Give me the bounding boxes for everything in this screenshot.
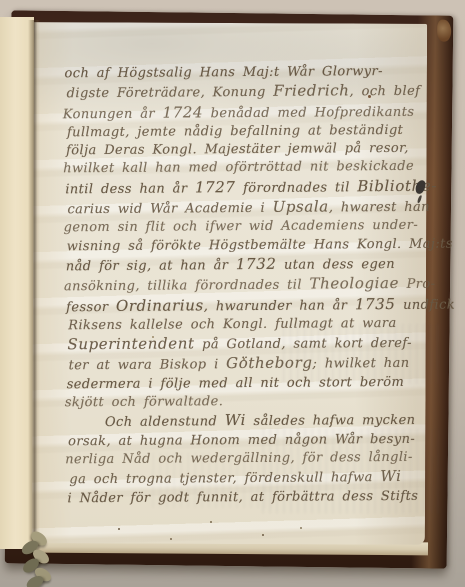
manuscript-line: skjött och förwaltade. <box>65 392 427 413</box>
foxing-speck <box>368 95 371 98</box>
gutter-shadow <box>28 20 40 546</box>
foxing-speck <box>152 336 154 338</box>
manuscript-line: ga och trogna tjenster, fördenskull hafw… <box>69 467 427 490</box>
foxing-speck <box>398 132 400 134</box>
foxing-speck <box>243 358 245 360</box>
manuscript-line: ansökning, tillika förordnades til Theol… <box>64 274 426 297</box>
manuscript-line: nåd för sig, at han år 1732 utan dess eg… <box>66 254 426 277</box>
manuscript-line: Konungen år 1724 benådad med Hofpredikan… <box>63 101 425 124</box>
cover-corner-wear <box>437 20 451 42</box>
manuscript-line: Och aldenstund Wi således hafwa mycken <box>67 410 427 433</box>
manuscript-line: ter at wara Biskop i Götheborg; hwilket … <box>68 353 426 376</box>
foxing-speck <box>300 527 302 529</box>
foxing-speck <box>170 538 172 540</box>
foxing-speck <box>330 422 332 424</box>
manuscript-line: wisning så förökte Högstbemälte Hans Kon… <box>67 235 426 256</box>
photo-of-manuscript: { "manuscript": { "lines": [ {"text": "o… <box>0 0 465 587</box>
manuscript-line: Superintendent på Gotland, samt kort der… <box>67 333 426 356</box>
manuscript-line: intil dess han år 1727 förordnades til B… <box>65 177 425 200</box>
manuscript-line: digste Företrädare, Konung Friedrich, oc… <box>67 81 425 104</box>
manuscript-line: hwilket kall han med oförtröttad nit bes… <box>63 158 425 179</box>
foxing-speck <box>262 534 264 536</box>
bookmark-cord <box>16 533 80 587</box>
manuscript-line: Riksens kallelse och Kongl. fullmagt at … <box>68 315 426 336</box>
foxing-speck <box>210 521 212 523</box>
foxing-speck <box>118 528 120 530</box>
manuscript-line: carius wid Wår Academie i Upsala, hwares… <box>67 197 425 220</box>
manuscript-line: fessor Ordinarius, hwarunder han år 1735… <box>66 294 426 317</box>
text-block: och af Högstsalig Hans Maj:t Wår Glorwyr… <box>64 63 427 508</box>
manuscript-line: i Nåder för godt funnit, at förbättra de… <box>67 487 427 508</box>
photo-background: och af Högstsalig Hans Maj:t Wår Glorwyr… <box>0 0 465 587</box>
